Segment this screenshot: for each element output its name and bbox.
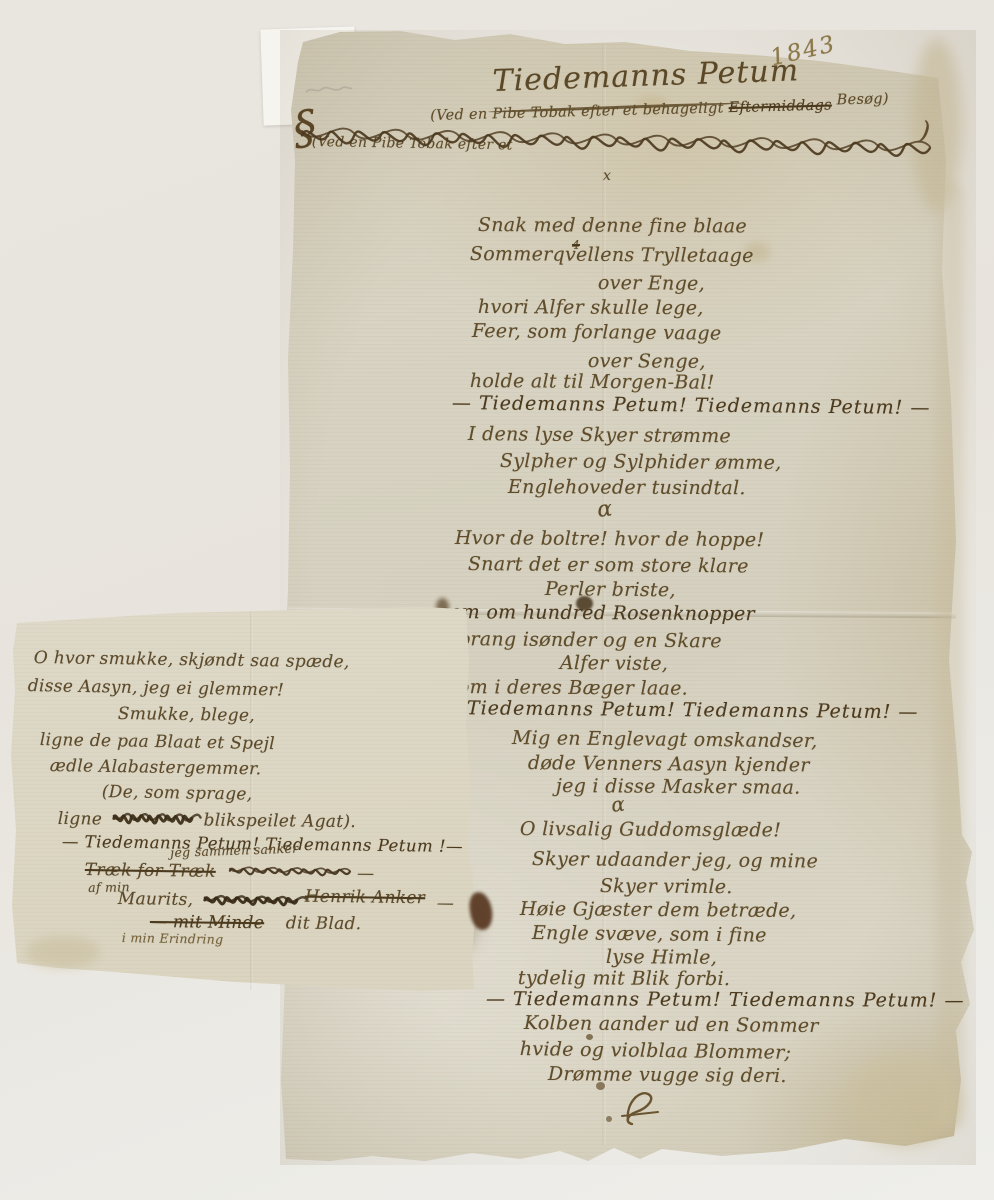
note-line-lead: ligne <box>58 809 102 829</box>
refrain-line: — Tiedemanns Petum! Tiedemanns Petum! — <box>440 697 919 723</box>
poem-line: som i deres Bæger laae. <box>448 676 688 700</box>
section-mark: x <box>603 168 611 184</box>
poem-line: døde Venners Aasyn kjender <box>528 752 810 776</box>
strike-scribble <box>229 863 349 879</box>
dash: — <box>357 864 375 884</box>
blackout-scribble <box>205 891 297 908</box>
poem-line: som om hundred Rosenknopper <box>440 601 755 625</box>
note-subline: i min Erindring <box>122 930 224 947</box>
poem-line: Høie Gjæster dem betræde, <box>520 898 797 922</box>
poem-line: over Enge, <box>598 272 705 295</box>
poem-line: Kolben aander ud en Sommer <box>524 1012 819 1037</box>
stanza-separator: α <box>596 496 614 522</box>
subtitle-tail: Besøg) <box>836 91 889 108</box>
blackout-scribble <box>114 809 192 828</box>
poem-line: holde alt til Morgen-Bal! <box>470 370 715 394</box>
poem-line: Sommerqvellens Trylletaage <box>470 243 754 267</box>
poem-line: Feer, som forlange vaage <box>472 320 722 345</box>
poem-line: hvori Alfer skulle lege, <box>478 296 704 319</box>
poem-line: O livsalig Guddomsglæde! <box>520 818 781 841</box>
refrain-line: — Tiedemanns Petum! Tiedemanns Petum! — <box>486 988 965 1012</box>
poem-line: Hvor de boltre! hvor de hoppe! <box>455 527 765 551</box>
note-line: ædle Alabastergemmer. <box>50 756 262 779</box>
poem-line: Snart det er som store klare <box>468 553 749 577</box>
note-line: (De, som sprage, <box>102 782 253 805</box>
poem-line: Perler briste, <box>545 578 676 601</box>
struck-name: Henrik Anker <box>305 887 426 909</box>
poem-line: Skyer vrimle. <box>600 875 733 898</box>
struck-text: Træk for Træk <box>85 860 216 882</box>
note-line-tail: dit Blad. <box>286 913 362 934</box>
poem-line: Englehoveder tusindtal. <box>508 476 746 499</box>
poem-line: Sylpher og Sylphider ømme, <box>500 450 782 474</box>
poem-line: Mig en Englevagt omskandser, <box>512 727 818 752</box>
poem-line: Snak med denne fine blaae <box>478 214 747 237</box>
photograph-of-manuscript: Tiedemanns Petum 1843 § (Ved en Pibe Tob… <box>0 0 994 1200</box>
subtitle-struck-word: Eftermiddags <box>728 97 832 116</box>
note-line: ligne de paa Blaat et Spejl <box>40 730 276 754</box>
poem-line: Alfer viste, <box>560 652 668 675</box>
poem-line: sprang isønder og en Skare <box>448 628 722 652</box>
poem-line: tydelig mit Blik forbi. <box>518 967 730 990</box>
poem-line: Engle svæve, som i fine <box>532 922 767 946</box>
note-line-tail: blikspeilet Agat). <box>203 811 356 833</box>
note-insert-above: af min <box>88 879 130 895</box>
manuscript-sheet <box>0 0 994 1200</box>
final-flourish <box>618 1086 664 1132</box>
note-line: Smukke, blege, <box>118 704 255 726</box>
pencil-mark <box>304 82 354 98</box>
poem-line: Drømme vugge sig deri. <box>548 1063 787 1087</box>
note-line-with-blackout: ligne blikspeilet Agat). <box>58 806 356 832</box>
poem-line: jeg i disse Masker smaa. <box>556 775 801 799</box>
stanza-separator: α <box>610 792 626 817</box>
poem-line: Skyer udaander jeg, og mine <box>532 848 818 872</box>
dash: — <box>437 893 455 913</box>
poem-line: lyse Himle, <box>606 946 717 969</box>
poem-line: hvide og violblaa Blommer; <box>520 1038 792 1064</box>
poem-line: over Senge, <box>588 350 706 373</box>
poem-line: I dens lyse Skyer strømme <box>468 423 731 447</box>
